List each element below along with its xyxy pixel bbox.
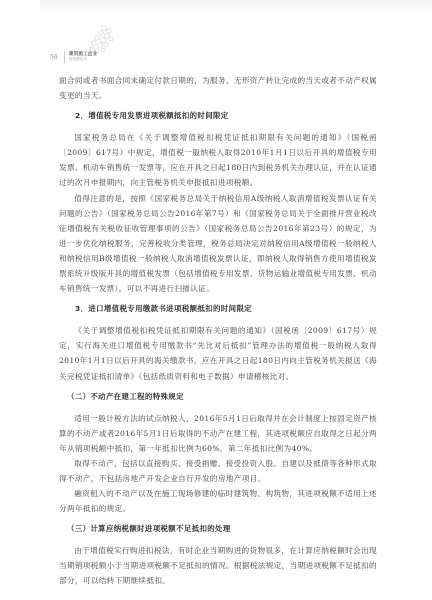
paragraph: 值得注意的是，按照《国家税务总局关于纳税信用A级纳税人取消增值税发票认证有关问题…	[59, 191, 377, 297]
page-body: 面合同或者书面合同未确定付款日期的，为服务、无形资产转让完成的当天或者不动产权属…	[59, 73, 377, 589]
section-heading-import-vat-deduction: 3．进口增值税专用缴款书进项税额抵扣的时间限定	[59, 302, 377, 316]
book-subtitle: 营改增实务	[69, 57, 97, 62]
section-heading-insufficient-input-tax: （三）计算应纳税额时进项税额不足抵扣的处理	[59, 522, 377, 536]
document-page: 56 建筑施工企业 营改增实务 面合同或者书面合同未确定付款日期的，为服务、无形…	[0, 0, 432, 600]
paragraph: 融资租入的不动产以及在施工现场修建的临时建筑物、构筑物，其进项税额不适用上述分两…	[59, 486, 377, 516]
paragraph-continued: 面合同或者书面合同未确定付款日期的，为服务、无形资产转让完成的当天或者不动产权属…	[59, 73, 377, 103]
header-divider	[64, 52, 65, 63]
page-edge-shadow	[40, 0, 432, 14]
section-heading-real-estate-construction: （二）不动产在建工程的特殊规定	[59, 390, 377, 404]
paragraph: 由于增值税实行购进扣税法，有时企业当期购进的货物很多，在计算应纳税额时会出现当期…	[59, 543, 377, 588]
section-heading-vat-invoice-deduction: 2．增值税专用发票进项税额抵扣的时间限定	[59, 109, 377, 123]
paragraph: 国家税务总局在《关于调整增值税扣税凭证抵扣期限有关问题的通知》（国税函〔2009…	[59, 130, 377, 190]
paragraph: 适用一般计税方法的试点纳税人，2016年5月1日后取得并在会计制度上按固定资产核…	[59, 411, 377, 456]
paragraph: 取得不动产，包括以直接购买、接受捐赠、接受投资入股、自建以及抵债等各种形式取得不…	[59, 456, 377, 486]
paragraph: 《关于调整增值税扣税凭证抵扣期限有关问题的通知》（国税函〔2009〕617号）规…	[59, 323, 377, 383]
page-number: 56	[50, 54, 62, 61]
running-header: 56 建筑施工企业 营改增实务	[50, 49, 97, 65]
book-title-block: 建筑施工企业 营改增实务	[69, 52, 97, 62]
